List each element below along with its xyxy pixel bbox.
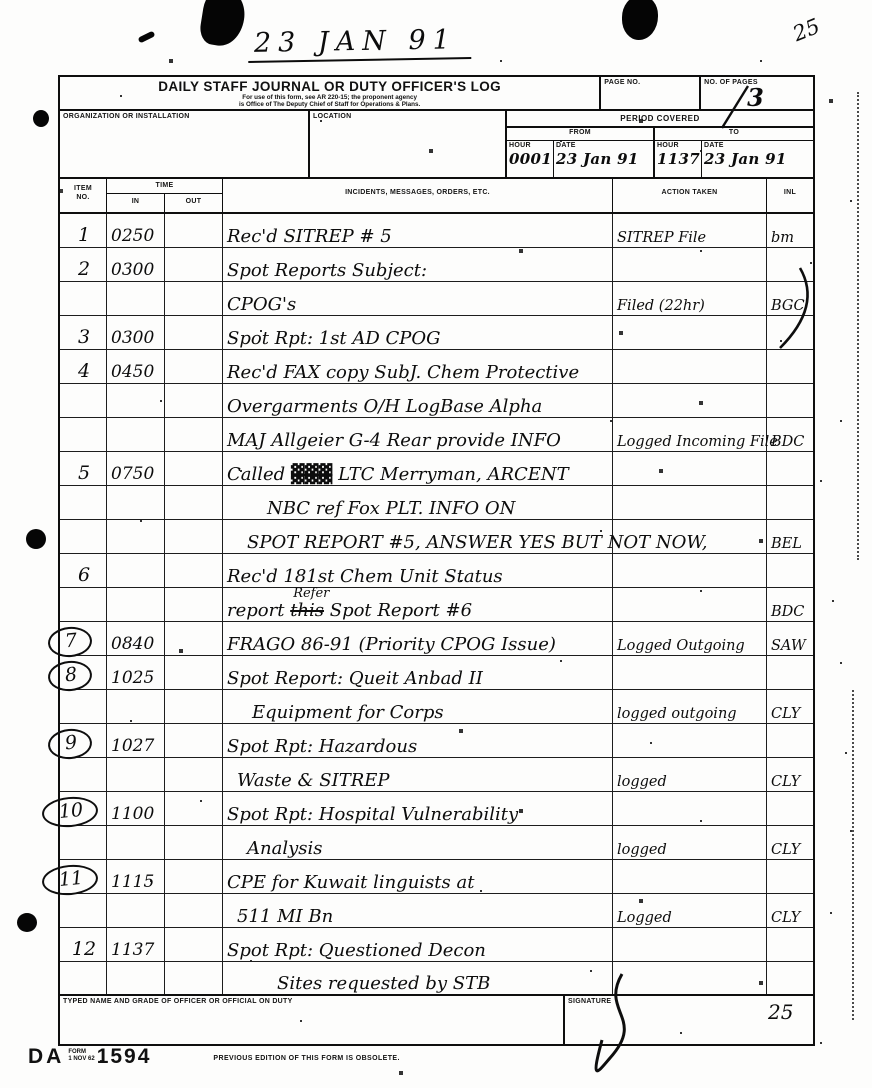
table-row: 511 MI Bn Logged CLY xyxy=(60,894,813,928)
from-date-value: 23 Jan 91 xyxy=(556,150,639,168)
table-row: 4 0450 Rec'd FAX copy SubJ. Chem Protect… xyxy=(60,350,813,384)
to-date-value: 23 Jan 91 xyxy=(704,150,787,168)
incident-text-value: 511 MI Bn xyxy=(227,908,333,926)
table-row: 6 Rec'd 181st Chem Unit Status xyxy=(60,554,813,588)
incident-text-value: Spot Reports Subject: xyxy=(227,262,427,280)
incident-text-value: Spot Rpt: Hazardous xyxy=(227,738,417,756)
row-action-taken xyxy=(613,656,767,689)
row-time-in xyxy=(107,282,165,315)
row-incident-text: MAJ Allgeier G-4 Rear provide INFO xyxy=(223,418,613,451)
period-covered-block: PERIOD COVERED FROM HOUR 0001 DATE 23 Ja… xyxy=(507,111,813,177)
out-header: OUT xyxy=(165,194,222,212)
row-item-no xyxy=(60,520,107,553)
row-action-taken xyxy=(613,316,767,349)
row-time-out xyxy=(165,690,223,723)
time-in-value: 0250 xyxy=(111,226,154,246)
row-item-no: 6 xyxy=(60,554,107,587)
table-row: Equipment for Corps logged outgoing CLY xyxy=(60,690,813,724)
table-row: 11 1115 CPE for Kuwait linguists at xyxy=(60,860,813,894)
handwritten-date: 23 JAN 91 xyxy=(248,24,471,63)
item-no-value: 7 xyxy=(47,625,94,659)
time-header: TIME IN OUT xyxy=(107,179,223,212)
page-edge-artifact xyxy=(857,92,859,560)
table-row: Analysis logged CLY xyxy=(60,826,813,860)
row-incident-text: FRAGO 86-91 (Priority CPOG Issue) xyxy=(223,622,613,655)
time-header-label: TIME xyxy=(107,179,222,194)
ink-mark xyxy=(138,31,156,44)
row-initials: SAW xyxy=(767,622,813,655)
incident-text-value: MAJ Allgeier G-4 Rear provide INFO xyxy=(227,432,561,450)
row-action-taken: SITREP File xyxy=(613,214,767,247)
row-action-taken xyxy=(613,928,767,961)
row-item-no xyxy=(60,826,107,859)
row-action-taken xyxy=(613,350,767,383)
row-initials: BGC xyxy=(767,282,813,315)
time-in-value: 1027 xyxy=(111,736,154,756)
action-taken-value: Logged xyxy=(617,910,672,926)
row-time-in: 1137 xyxy=(107,928,165,961)
action-taken-value: logged outgoing xyxy=(617,706,737,722)
initials-value: BDC xyxy=(771,604,804,620)
incident-text-value: Called ▓▓▓ LTC Merryman, ARCENT xyxy=(227,466,569,484)
time-in-value: 1100 xyxy=(111,804,154,824)
row-item-no: 12 xyxy=(60,928,107,961)
form-word: FORM xyxy=(68,1049,86,1055)
initials-value: bm xyxy=(771,230,794,246)
row-time-in: 0300 xyxy=(107,316,165,349)
row-time-out xyxy=(165,486,223,519)
row-item-no: 8 xyxy=(60,656,107,689)
row-action-taken: Filed (22hr) xyxy=(613,282,767,315)
row-initials: CLY xyxy=(767,894,813,927)
incident-text-value: Spot Rpt: 1st AD CPOG xyxy=(227,330,441,348)
row-initials: bm xyxy=(767,214,813,247)
row-item-no xyxy=(60,588,107,621)
scanned-document-page: 23 JAN 91 25 25 DAILY STAFF JOURNAL OR D… xyxy=(0,0,872,1088)
row-incident-text: Spot Rpt: 1st AD CPOG xyxy=(223,316,613,349)
period-to: TO HOUR 1137 DATE 23 Jan 91 xyxy=(655,128,813,177)
row-item-no: 10 xyxy=(60,792,107,825)
row-time-out xyxy=(165,622,223,655)
item-no-value: 3 xyxy=(78,326,90,348)
time-in-value: 0300 xyxy=(111,328,154,348)
row-initials xyxy=(767,486,813,519)
row-time-out xyxy=(165,214,223,247)
row-item-no: 11 xyxy=(60,860,107,893)
item-header-line1: ITEM xyxy=(60,184,106,193)
period-from: FROM HOUR 0001 DATE 23 Jan 91 xyxy=(507,128,655,177)
action-taken-value: logged xyxy=(617,842,667,858)
row-item-no xyxy=(60,690,107,723)
row-action-taken xyxy=(613,384,767,417)
handwritten-corner-page-number: 25 xyxy=(789,14,823,46)
from-hour-field: HOUR 0001 xyxy=(507,141,554,177)
row-incident-text: NBC ref Fox PLT. INFO ON xyxy=(223,486,613,519)
row-item-no: 1 xyxy=(60,214,107,247)
row-action-taken xyxy=(613,588,767,621)
table-row: MAJ Allgeier G-4 Rear provide INFO Logge… xyxy=(60,418,813,452)
ink-blob xyxy=(198,0,248,49)
row-time-out xyxy=(165,962,223,994)
hole-punch-mark xyxy=(33,110,49,127)
row-action-taken: Logged xyxy=(613,894,767,927)
page-edge-artifact xyxy=(852,690,854,1020)
from-hour-value: 0001 xyxy=(509,150,552,168)
time-in-value: 0750 xyxy=(111,464,154,484)
item-no-value: 6 xyxy=(78,564,90,586)
row-incident-text: Equipment for Corps xyxy=(223,690,613,723)
row-time-in xyxy=(107,384,165,417)
row-action-taken xyxy=(613,452,767,485)
row-time-out xyxy=(165,894,223,927)
row-item-no: 2 xyxy=(60,248,107,281)
row-time-out xyxy=(165,452,223,485)
date-label: DATE xyxy=(556,142,576,149)
row-incident-text: Spot Rpt: Hospital Vulnerability xyxy=(223,792,613,825)
row-initials: BEL xyxy=(767,520,813,553)
row-time-out xyxy=(165,656,223,689)
row-time-in: 0250 xyxy=(107,214,165,247)
time-in-value: 0840 xyxy=(111,634,154,654)
row-initials xyxy=(767,928,813,961)
table-row: SPOT REPORT #5, ANSWER YES BUT NOT NOW, … xyxy=(60,520,813,554)
row-time-in: 0450 xyxy=(107,350,165,383)
to-label: TO xyxy=(655,128,813,141)
time-in-value: 1115 xyxy=(111,872,154,892)
row-time-in xyxy=(107,554,165,587)
row-incident-text: Waste & SITREP xyxy=(223,758,613,791)
row-time-in xyxy=(107,690,165,723)
table-row: 12 1137 Spot Rpt: Questioned Decon xyxy=(60,928,813,962)
incident-text-value: report Referthis Spot Report #6 xyxy=(227,602,472,620)
row-item-no: 4 xyxy=(60,350,107,383)
row-time-out xyxy=(165,520,223,553)
item-no-value: 9 xyxy=(47,727,94,761)
row-incident-text: Spot Reports Subject: xyxy=(223,248,613,281)
table-row: Overgarments O/H LogBase Alpha xyxy=(60,384,813,418)
row-time-in: 1025 xyxy=(107,656,165,689)
row-incident-text: report Referthis Spot Report #6 xyxy=(223,588,613,621)
item-no-header: ITEM NO. xyxy=(60,179,107,212)
incident-text-value: Rec'd 181st Chem Unit Status xyxy=(227,568,503,586)
row-time-out xyxy=(165,758,223,791)
row-item-no xyxy=(60,962,107,994)
row-incident-text: Sites requested by STB xyxy=(223,962,613,994)
row-initials: CLY xyxy=(767,758,813,791)
da-form-1594: DAILY STAFF JOURNAL OR DUTY OFFICER'S LO… xyxy=(58,75,815,1046)
form-da: DA xyxy=(28,1046,64,1067)
incident-text-value: Waste & SITREP xyxy=(227,772,390,790)
action-taken-value: Filed (22hr) xyxy=(617,298,705,314)
row-initials xyxy=(767,248,813,281)
form-number-stamp: DA FORM 1 NOV 62 1594 PREVIOUS EDITION O… xyxy=(28,1046,400,1067)
scan-speckle-noise xyxy=(0,0,2,2)
incident-text-value: CPOG's xyxy=(227,296,296,314)
form-org-row: ORGANIZATION OR INSTALLATION LOCATION PE… xyxy=(60,111,813,179)
row-time-in: 0750 xyxy=(107,452,165,485)
row-incident-text: CPOG's xyxy=(223,282,613,315)
initials-value: BEL xyxy=(771,536,802,552)
row-initials xyxy=(767,962,813,994)
row-incident-text: Spot Rpt: Questioned Decon xyxy=(223,928,613,961)
initials-header: INL xyxy=(767,179,813,212)
row-time-out xyxy=(165,418,223,451)
row-incident-text: Analysis xyxy=(223,826,613,859)
table-row: CPOG's Filed (22hr) BGC xyxy=(60,282,813,316)
row-incident-text: Rec'd FAX copy SubJ. Chem Protective xyxy=(223,350,613,383)
item-no-value: 8 xyxy=(47,659,94,693)
incident-text-value: FRAGO 86-91 (Priority CPOG Issue) xyxy=(227,636,556,654)
item-no-value: 11 xyxy=(41,863,100,898)
row-item-no: 5 xyxy=(60,452,107,485)
row-incident-text: Overgarments O/H LogBase Alpha xyxy=(223,384,613,417)
initials-value: CLY xyxy=(771,706,800,722)
row-time-out xyxy=(165,316,223,349)
row-time-in: 0840 xyxy=(107,622,165,655)
from-date-field: DATE 23 Jan 91 xyxy=(554,141,653,177)
row-initials xyxy=(767,792,813,825)
row-action-taken: logged outgoing xyxy=(613,690,767,723)
location-field: LOCATION xyxy=(310,111,507,177)
incident-text-value: Spot Rpt: Questioned Decon xyxy=(227,942,486,960)
form-edition: FORM 1 NOV 62 xyxy=(68,1049,94,1063)
row-time-in xyxy=(107,520,165,553)
table-row: 1 0250 Rec'd SITREP # 5 SITREP File bm xyxy=(60,214,813,248)
incident-text-value: Analysis xyxy=(227,840,322,858)
row-incident-text: CPE for Kuwait linguists at xyxy=(223,860,613,893)
row-incident-text: SPOT REPORT #5, ANSWER YES BUT NOT NOW, xyxy=(223,520,613,553)
incident-text-value: Overgarments O/H LogBase Alpha xyxy=(227,398,542,416)
row-time-in: 1027 xyxy=(107,724,165,757)
form-subtitle-line1: For use of this form, see AR 220-15; the… xyxy=(60,94,599,101)
row-initials: BDC xyxy=(767,418,813,451)
row-time-out xyxy=(165,350,223,383)
row-action-taken: Logged Incoming File xyxy=(613,418,767,451)
row-action-taken xyxy=(613,486,767,519)
to-date-field: DATE 23 Jan 91 xyxy=(702,141,813,177)
item-no-value: 12 xyxy=(72,938,96,960)
period-halves: FROM HOUR 0001 DATE 23 Jan 91 xyxy=(507,128,813,177)
row-action-taken xyxy=(613,724,767,757)
date-label: DATE xyxy=(704,142,724,149)
from-label: FROM xyxy=(507,128,653,141)
row-initials xyxy=(767,316,813,349)
form-subtitle-line2: is Office of The Deputy Chief of Staff f… xyxy=(60,101,599,108)
initials-value: CLY xyxy=(771,774,800,790)
row-incident-text: Called ▓▓▓ LTC Merryman, ARCENT xyxy=(223,452,613,485)
incident-text-value: Rec'd FAX copy SubJ. Chem Protective xyxy=(227,364,579,382)
row-initials xyxy=(767,656,813,689)
item-no-value: 2 xyxy=(78,258,90,280)
ink-blob xyxy=(622,0,658,40)
to-hour-field: HOUR 1137 xyxy=(655,141,702,177)
table-row: NBC ref Fox PLT. INFO ON xyxy=(60,486,813,520)
to-hour-value: 1137 xyxy=(657,150,700,168)
time-in-value: 0300 xyxy=(111,260,154,280)
incident-text-value: Sites requested by STB xyxy=(227,975,490,993)
no-of-pages-field: NO. OF PAGES 3 xyxy=(701,77,813,109)
action-taken-value: SITREP File xyxy=(617,230,706,246)
initials-value: CLY xyxy=(771,910,800,926)
item-header-line2: NO. xyxy=(60,193,106,202)
row-item-no xyxy=(60,418,107,451)
table-row: 7 0840 FRAGO 86-91 (Priority CPOG Issue)… xyxy=(60,622,813,656)
table-row: 5 0750 Called ▓▓▓ LTC Merryman, ARCENT xyxy=(60,452,813,486)
table-row: Sites requested by STB xyxy=(60,962,813,996)
table-row: 10 1100 Spot Rpt: Hospital Vulnerability xyxy=(60,792,813,826)
row-time-out xyxy=(165,724,223,757)
incident-text-value: NBC ref Fox PLT. INFO ON xyxy=(227,500,515,518)
organization-field: ORGANIZATION OR INSTALLATION xyxy=(60,111,310,177)
row-time-out xyxy=(165,588,223,621)
hour-label: HOUR xyxy=(657,142,679,149)
table-row: Waste & SITREP logged CLY xyxy=(60,758,813,792)
row-initials: CLY xyxy=(767,826,813,859)
table-row: report Referthis Spot Report #6 BDC xyxy=(60,588,813,622)
period-covered-label: PERIOD COVERED xyxy=(507,111,813,128)
row-item-no xyxy=(60,894,107,927)
row-time-out xyxy=(165,248,223,281)
row-time-in xyxy=(107,894,165,927)
item-no-value: 4 xyxy=(78,360,90,382)
incident-text-value: Spot Report: Queit Anbad II xyxy=(227,670,483,688)
table-row: 2 0300 Spot Reports Subject: xyxy=(60,248,813,282)
row-initials xyxy=(767,554,813,587)
row-action-taken xyxy=(613,962,767,994)
form-title: DAILY STAFF JOURNAL OR DUTY OFFICER'S LO… xyxy=(60,79,599,94)
row-item-no: 3 xyxy=(60,316,107,349)
row-time-in xyxy=(107,962,165,994)
row-item-no xyxy=(60,758,107,791)
incident-text-value: Spot Rpt: Hospital Vulnerability xyxy=(227,806,518,824)
action-taken-value: Logged Outgoing xyxy=(617,638,745,654)
row-time-in xyxy=(107,418,165,451)
item-no-value: 5 xyxy=(78,462,90,484)
incidents-header: INCIDENTS, MESSAGES, ORDERS, ETC. xyxy=(223,179,613,212)
row-time-in: 1100 xyxy=(107,792,165,825)
form-number: 1594 xyxy=(97,1046,152,1067)
time-in-value: 1137 xyxy=(111,940,154,960)
initials-value: CLY xyxy=(771,842,800,858)
hole-punch-mark xyxy=(26,529,46,549)
row-time-in: 1115 xyxy=(107,860,165,893)
row-initials xyxy=(767,452,813,485)
initials-value: BDC xyxy=(771,434,804,450)
typed-name-field: TYPED NAME AND GRADE OF OFFICER OR OFFIC… xyxy=(60,996,565,1044)
incident-text-value: CPE for Kuwait linguists at xyxy=(227,874,474,892)
row-action-taken: Logged Outgoing xyxy=(613,622,767,655)
action-taken-value: logged xyxy=(617,774,667,790)
row-item-no xyxy=(60,282,107,315)
row-action-taken xyxy=(613,248,767,281)
table-row: 8 1025 Spot Report: Queit Anbad II xyxy=(60,656,813,690)
row-item-no xyxy=(60,384,107,417)
item-no-value: 1 xyxy=(78,224,90,246)
row-item-no xyxy=(60,486,107,519)
form-edition-date: 1 NOV 62 xyxy=(68,1056,94,1062)
row-action-taken xyxy=(613,860,767,893)
time-in-value: 1025 xyxy=(111,668,154,688)
initials-value: BGC xyxy=(771,298,805,314)
row-time-out xyxy=(165,792,223,825)
row-time-out xyxy=(165,860,223,893)
table-row: 9 1027 Spot Rpt: Hazardous xyxy=(60,724,813,758)
row-time-in xyxy=(107,588,165,621)
in-header: IN xyxy=(107,194,165,212)
row-action-taken xyxy=(613,520,767,553)
obsolete-note: PREVIOUS EDITION OF THIS FORM IS OBSOLET… xyxy=(213,1055,399,1062)
row-time-out xyxy=(165,282,223,315)
row-time-out xyxy=(165,928,223,961)
form-title-row: DAILY STAFF JOURNAL OR DUTY OFFICER'S LO… xyxy=(60,77,813,111)
row-initials xyxy=(767,724,813,757)
page-no-field: PAGE NO. xyxy=(601,77,701,109)
row-time-in xyxy=(107,486,165,519)
row-initials: CLY xyxy=(767,690,813,723)
row-action-taken: logged xyxy=(613,758,767,791)
hour-label: HOUR xyxy=(509,142,531,149)
log-column-headers: ITEM NO. TIME IN OUT INCIDENTS, MESSAGES… xyxy=(60,179,813,214)
initials-value: SAW xyxy=(771,638,806,654)
hole-punch-mark xyxy=(17,913,37,932)
signature-field: SIGNATURE xyxy=(565,996,813,1044)
form-title-cell: DAILY STAFF JOURNAL OR DUTY OFFICER'S LO… xyxy=(60,77,601,109)
row-time-out xyxy=(165,384,223,417)
row-incident-text: Rec'd SITREP # 5 xyxy=(223,214,613,247)
row-action-taken xyxy=(613,792,767,825)
row-item-no: 9 xyxy=(60,724,107,757)
action-taken-header: ACTION TAKEN xyxy=(613,179,767,212)
row-incident-text: Spot Rpt: Hazardous xyxy=(223,724,613,757)
time-in-value: 0450 xyxy=(111,362,154,382)
row-incident-text: Rec'd 181st Chem Unit Status xyxy=(223,554,613,587)
no-of-pages-value: 3 xyxy=(747,83,764,112)
incident-text-value: Rec'd SITREP # 5 xyxy=(227,228,392,246)
row-action-taken xyxy=(613,554,767,587)
row-action-taken: logged xyxy=(613,826,767,859)
log-rows: 1 0250 Rec'd SITREP # 5 SITREP File bm 2… xyxy=(60,214,813,996)
row-time-out xyxy=(165,826,223,859)
row-time-in xyxy=(107,826,165,859)
row-time-in: 0300 xyxy=(107,248,165,281)
row-item-no: 7 xyxy=(60,622,107,655)
item-no-value: 10 xyxy=(41,795,100,830)
row-initials: BDC xyxy=(767,588,813,621)
row-initials xyxy=(767,384,813,417)
table-row: 3 0300 Spot Rpt: 1st AD CPOG xyxy=(60,316,813,350)
row-initials xyxy=(767,350,813,383)
action-taken-value: Logged Incoming File xyxy=(617,434,778,450)
row-incident-text: 511 MI Bn xyxy=(223,894,613,927)
row-time-out xyxy=(165,554,223,587)
row-incident-text: Spot Report: Queit Anbad II xyxy=(223,656,613,689)
row-time-in xyxy=(107,758,165,791)
row-initials xyxy=(767,860,813,893)
form-footer-row: TYPED NAME AND GRADE OF OFFICER OR OFFIC… xyxy=(60,996,813,1044)
incident-text-value: Equipment for Corps xyxy=(227,704,444,722)
